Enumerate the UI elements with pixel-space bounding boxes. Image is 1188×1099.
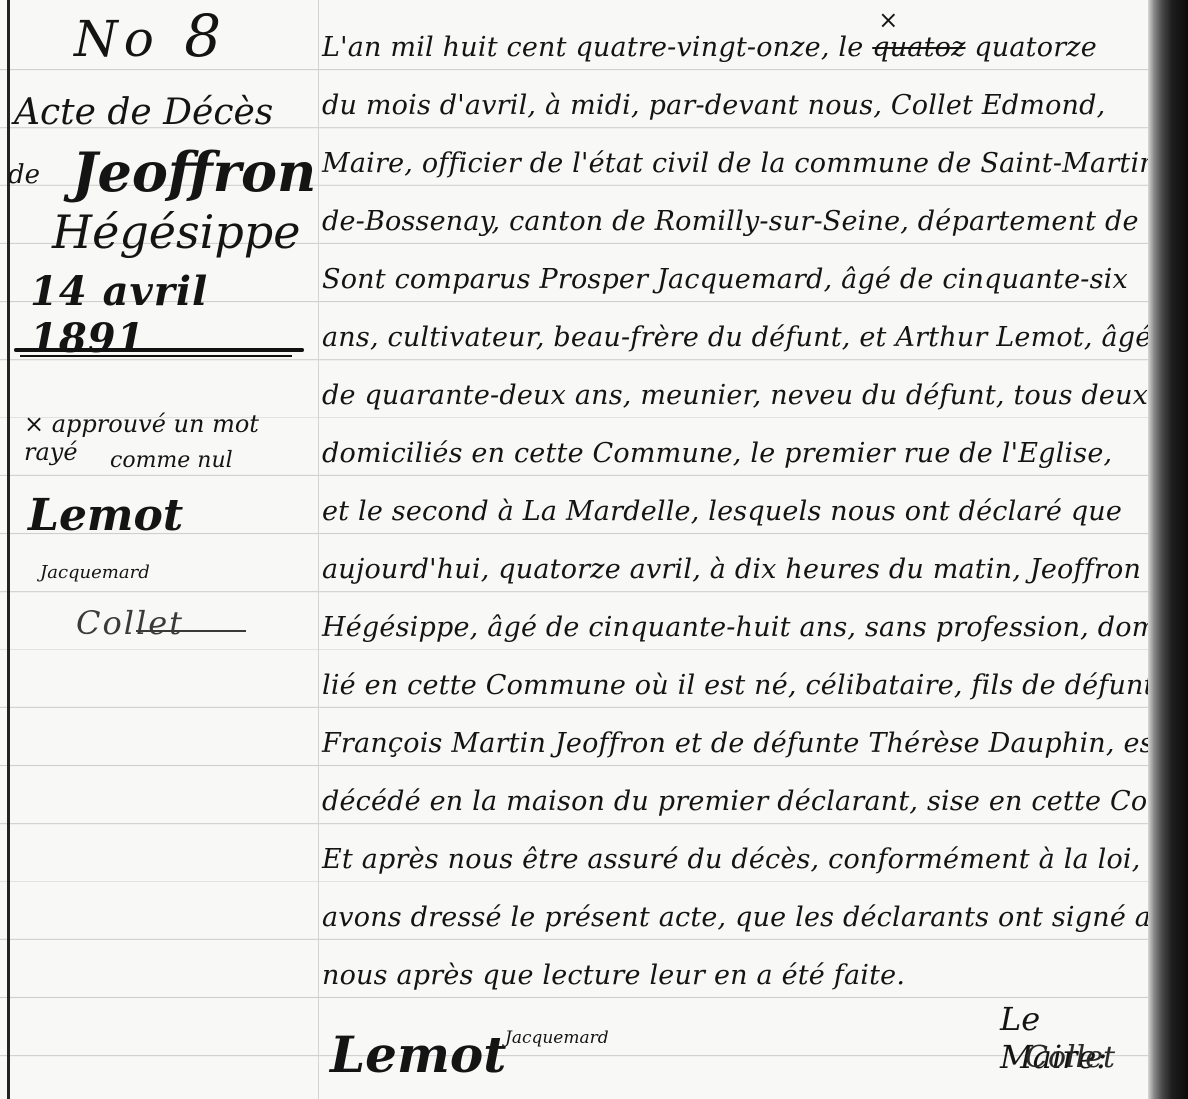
body-line-14: décédé en la maison du premier déclarant… xyxy=(322,786,1188,817)
signature-lemot-margin: Lemot xyxy=(28,490,183,541)
record-number: No 8 xyxy=(74,2,227,70)
signature-jacquemard-margin: Jacquemard xyxy=(40,562,150,583)
body-line-1: L'an mil huit cent quatre-vingt-onze, le… xyxy=(322,32,1097,63)
body-line-5: Sont comparus Prosper Jacquemard, âgé de… xyxy=(322,264,1128,295)
body-line-9: et le second à La Mardelle, lesquels nou… xyxy=(322,496,1122,527)
double-underline-divider xyxy=(14,348,304,358)
struck-word: quatoz xyxy=(872,32,965,63)
number-value: 8 xyxy=(184,2,227,70)
de-label: de xyxy=(8,160,40,190)
body-line-11: Hégésippe, âgé de cinquante-huit ans, sa… xyxy=(322,612,1188,643)
line-text: L'an mil huit cent quatre-vingt-onze, le xyxy=(322,32,872,63)
signature-jacquemard: Jacquemard xyxy=(505,1028,609,1048)
signature-collet-margin: Collet xyxy=(76,604,184,642)
deceased-surname: Jeoffron xyxy=(72,140,316,204)
body-line-12: lié en cette Commune où il est né, célib… xyxy=(322,670,1155,701)
body-line-3: Maire, officier de l'état civil de la co… xyxy=(322,148,1166,179)
deceased-firstname: Hégésippe xyxy=(52,205,300,259)
book-binding-shadow xyxy=(1148,0,1188,1099)
signature-lemot: Lemot xyxy=(330,1025,506,1084)
body-line-13: François Martin Jeoffron et de défunte T… xyxy=(322,728,1165,759)
body-line-2: du mois d'avril, à midi, par-devant nous… xyxy=(322,90,1105,121)
body-line-10: aujourd'hui, quatorze avril, à dix heure… xyxy=(322,554,1141,585)
record-title: Acte de Décès xyxy=(14,92,273,133)
body-line-4: de-Bossenay, canton de Romilly-sur-Seine… xyxy=(322,206,1188,237)
margin-annotation-null: comme nul xyxy=(110,448,233,473)
body-line-8: domiciliés en cette Commune, le premier … xyxy=(322,438,1112,469)
margin-rule-column xyxy=(318,0,319,1099)
line-text: quatorze xyxy=(966,32,1097,63)
body-line-16: avons dressé le présent acte, que les dé… xyxy=(322,902,1188,933)
body-line-6: ans, cultivateur, beau-frère du défunt, … xyxy=(322,322,1151,353)
register-page: No 8 Acte de Décès de Jeoffron Hégésippe… xyxy=(0,0,1148,1099)
body-line-15: Et après nous être assuré du décès, conf… xyxy=(322,844,1188,875)
insertion-mark: × xyxy=(878,6,898,34)
signature-collet: Collet xyxy=(1025,1040,1115,1075)
number-prefix: No xyxy=(74,10,160,68)
body-line-7: de quarante-deux ans, meunier, neveu du … xyxy=(322,380,1148,411)
body-line-17: nous après que lecture leur en a été fai… xyxy=(322,960,905,991)
